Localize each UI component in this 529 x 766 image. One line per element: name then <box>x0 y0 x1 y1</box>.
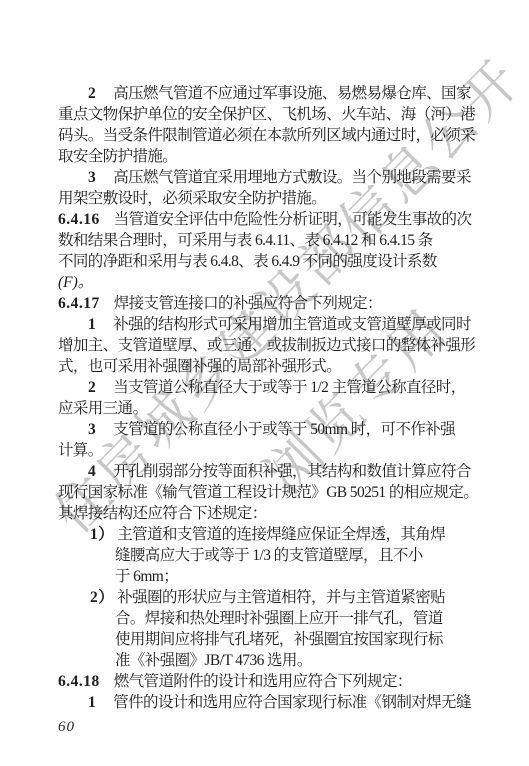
item-number: 2 <box>88 379 96 396</box>
line-text: 应采用三通。 <box>58 400 147 417</box>
text-line: 3支管道的公称直径小于或等于 50mm 时，可不作补强 <box>58 419 470 440</box>
text-line: 使用期间应将排气孔堵死，补强圈宜按国家现行标 <box>58 629 470 650</box>
text-line: 重点文物保护单位的安全保护区、飞机场、火车站、海（河）港 <box>58 104 470 125</box>
text-line: 准《补强圈》JB/T 4736 选用。 <box>58 650 470 671</box>
page-number: 60 <box>58 719 75 736</box>
item-number: 1 <box>88 316 96 333</box>
line-text: 补强的结构形式可采用增加主管道或支管道壁厚或同时 <box>113 316 471 333</box>
line-text: 缝腰高应大于或等于 1/3 的支管道壁厚，且不小 <box>115 547 423 564</box>
line-text: 高压燃气管道宜采用埋地方式敷设。当个别地段需要采 <box>113 169 471 186</box>
line-text: 于 6mm； <box>115 568 178 585</box>
line-text: 不同的净距和采用与表 6.4.8、表 6.4.9 不同的强度设计系数 <box>58 253 437 270</box>
text-line: 其焊接结构还应符合下述规定： <box>58 503 470 524</box>
line-text: 用架空敷设时，必须采取安全防护措施。 <box>58 190 326 207</box>
text-line: 不同的净距和采用与表 6.4.8、表 6.4.9 不同的强度设计系数 <box>58 251 470 272</box>
line-text: 数和结果合理时，可采用与表 6.4.11、表 6.4.12 和 6.4.15 条 <box>58 232 433 249</box>
line-text: 式，也可采用补强圈补强的局部补强形式。 <box>58 358 341 375</box>
text-line: 6.4.18燃气管道附件的设计和选用应符合下列规定： <box>58 671 470 692</box>
line-text: 合。焊接和热处理时补强圈上应开一排气孔，管道 <box>115 610 443 627</box>
line-text: 管件的设计和选用应符合国家现行标准《钢制对焊无缝 <box>113 694 471 711</box>
text-line: 用架空敷设时，必须采取安全防护措施。 <box>58 188 470 209</box>
line-text: 现行国家标准《输气管道工程设计规范》GB 50251 的相应规定。 <box>58 484 478 501</box>
text-line: 数和结果合理时，可采用与表 6.4.11、表 6.4.12 和 6.4.15 条 <box>58 230 470 251</box>
text-line: 1）主管道和支管道的连接焊缝应保证全焊透，其角焊 <box>58 524 470 545</box>
text-line: 合。焊接和热处理时补强圈上应开一排气孔，管道 <box>58 608 470 629</box>
subitem-number: 2） <box>90 589 114 606</box>
line-text: 支管道的公称直径小于或等于 50mm 时，可不作补强 <box>113 421 455 438</box>
item-number: 4 <box>88 463 96 480</box>
line-text: 焊接支管连接口的补强应符合下列规定： <box>114 295 382 312</box>
line-text: 高压燃气管道不应通过军事设施、易燃易爆仓库、国家 <box>113 85 471 102</box>
document-page: 住房城乡建设部信息公开 浏览专用 2高压燃气管道不应通过军事设施、易燃易爆仓库、… <box>0 0 529 766</box>
clause-number: 6.4.17 <box>58 295 100 312</box>
page-text-block: 2高压燃气管道不应通过军事设施、易燃易爆仓库、国家 重点文物保护单位的安全保护区… <box>58 83 470 713</box>
subitem-number: 1） <box>90 526 114 543</box>
item-number: 1 <box>88 694 96 711</box>
line-text: 当支管道公称直径大于或等于 1/2 主管道公称直径时， <box>113 379 465 396</box>
line-text: 主管道和支管道的连接焊缝应保证全焊透，其角焊 <box>117 526 445 543</box>
clause-number: 6.4.18 <box>58 673 100 690</box>
item-number: 3 <box>88 169 96 186</box>
item-number: 3 <box>88 421 96 438</box>
line-text: 开孔削弱部分按等面积补强，其结构和数值计算应符合 <box>113 463 471 480</box>
text-line: 取安全防护措施。 <box>58 146 470 167</box>
text-line: 1管件的设计和选用应符合国家现行标准《钢制对焊无缝 <box>58 692 470 713</box>
text-line: 2当支管道公称直径大于或等于 1/2 主管道公称直径时， <box>58 377 470 398</box>
line-text: 使用期间应将排气孔堵死，补强圈宜按国家现行标 <box>115 631 443 648</box>
line-text: 其焊接结构还应符合下述规定： <box>58 505 267 522</box>
text-line: 计算。 <box>58 440 470 461</box>
line-text: 当管道安全评估中危险性分析证明，可能发生事故的次 <box>114 211 472 228</box>
item-number: 2 <box>88 85 96 102</box>
text-line: 4开孔削弱部分按等面积补强，其结构和数值计算应符合 <box>58 461 470 482</box>
text-line: 增加主、支管道壁厚、或三通、或拔制扳边式接口的整体补强形 <box>58 335 470 356</box>
text-line: 2高压燃气管道不应通过军事设施、易燃易爆仓库、国家 <box>58 83 470 104</box>
line-text: 计算。 <box>58 442 103 459</box>
text-line: 6.4.17焊接支管连接口的补强应符合下列规定： <box>58 293 470 314</box>
clause-number: 6.4.16 <box>58 211 100 228</box>
text-line: 于 6mm； <box>58 566 470 587</box>
text-line: 1补强的结构形式可采用增加主管道或支管道壁厚或同时 <box>58 314 470 335</box>
text-line: 3高压燃气管道宜采用埋地方式敷设。当个别地段需要采 <box>58 167 470 188</box>
line-text: (F)。 <box>58 274 93 291</box>
line-text: 码头。当受条件限制管道必须在本款所列区域内通过时，必须采 <box>58 127 475 144</box>
line-text: 增加主、支管道壁厚、或三通、或拔制扳边式接口的整体补强形 <box>58 337 475 354</box>
text-line: 现行国家标准《输气管道工程设计规范》GB 50251 的相应规定。 <box>58 482 470 503</box>
text-line: 缝腰高应大于或等于 1/3 的支管道壁厚，且不小 <box>58 545 470 566</box>
text-line: 式，也可采用补强圈补强的局部补强形式。 <box>58 356 470 377</box>
text-line: 2）补强圈的形状应与主管道相符，并与主管道紧密贴 <box>58 587 470 608</box>
line-text: 取安全防护措施。 <box>58 148 177 165</box>
line-text: 准《补强圈》JB/T 4736 选用。 <box>115 652 312 669</box>
text-line: 码头。当受条件限制管道必须在本款所列区域内通过时，必须采 <box>58 125 470 146</box>
line-text: 重点文物保护单位的安全保护区、飞机场、火车站、海（河）港 <box>58 106 475 123</box>
line-text: 燃气管道附件的设计和选用应符合下列规定： <box>114 673 412 690</box>
text-line: 6.4.16当管道安全评估中危险性分析证明，可能发生事故的次 <box>58 209 470 230</box>
text-line: 应采用三通。 <box>58 398 470 419</box>
text-line: (F)。 <box>58 272 470 293</box>
line-text: 补强圈的形状应与主管道相符，并与主管道紧密贴 <box>117 589 445 606</box>
